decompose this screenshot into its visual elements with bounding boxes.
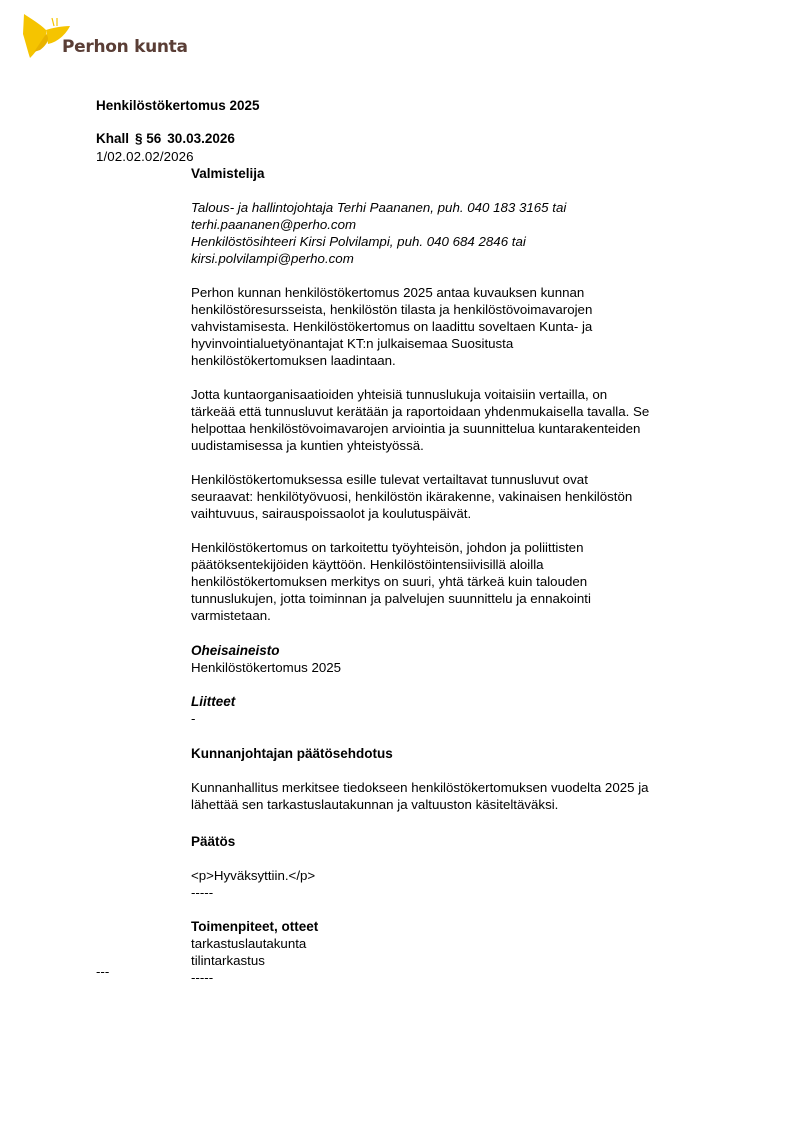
text-line: tunnuslukujen, jotta toiminnan ja palvel… (191, 590, 711, 607)
decision-value: <p>Hyväksyttiin.</p> (191, 867, 711, 884)
text-line: Kunnanhallitus merkitsee tiedokseen henk… (191, 779, 711, 796)
preparer-heading: Valmistelija (191, 165, 711, 182)
text-line: vahvistamisesta. Henkilöstökertomus on l… (191, 318, 711, 335)
paragraph-comparison: Jotta kuntaorganisaatioiden yhteisiä tun… (191, 386, 711, 454)
preparer-email-link[interactable]: terhi.paananen@perho.com (191, 216, 711, 233)
action-item: tilintarkastus (191, 952, 711, 969)
text-line: henkilöstöresursseista, henkilöstön tila… (191, 301, 711, 318)
proposal-text: Kunnanhallitus merkitsee tiedokseen henk… (191, 779, 711, 813)
document-title: Henkilöstökertomus 2025 (96, 97, 260, 114)
text-line: uudistamisessa ja kuntien yhteistyössä. (191, 437, 711, 454)
appendices-value: - (191, 710, 711, 727)
preparer-contacts: Talous- ja hallintojohtaja Terhi Paanane… (191, 199, 711, 267)
preparer-line: Talous- ja hallintojohtaja Terhi Paanane… (191, 199, 711, 216)
document-body: Valmistelija Talous- ja hallintojohtaja … (191, 165, 711, 986)
proposal-heading: Kunnanjohtajan päätösehdotus (191, 745, 711, 762)
logo-text: Perhon kunta (62, 39, 188, 56)
paragraph-intro: Perhon kunnan henkilöstökertomus 2025 an… (191, 284, 711, 369)
municipality-logo: Perhon kunta (20, 12, 190, 62)
actions-heading: Toimenpiteet, otteet (191, 918, 711, 935)
text-line: henkilöstökertomuksen laadintaan. (191, 352, 711, 369)
action-item: tarkastuslautakunta (191, 935, 711, 952)
decision-heading: Päätös (191, 833, 711, 850)
text-line: hyvinvointialuetyönantajat KT:n julkaise… (191, 335, 711, 352)
case-number: 1/02.02.02/2026 (96, 148, 194, 165)
preparer-email-link[interactable]: kirsi.polvilampi@perho.com (191, 250, 711, 267)
left-separator: --- (96, 963, 109, 980)
text-line: helpottaa henkilöstövoimavarojen arvioin… (191, 420, 711, 437)
text-line: varmistetaan. (191, 607, 711, 624)
actions-separator: ----- (191, 969, 711, 986)
text-line: seuraavat: henkilötyövuosi, henkilöstön … (191, 488, 711, 505)
text-line: Jotta kuntaorganisaatioiden yhteisiä tun… (191, 386, 711, 403)
decision-separator: ----- (191, 884, 711, 901)
text-line: Henkilöstökertomuksessa esille tulevat v… (191, 471, 711, 488)
attachments-info-heading: Oheisaineisto (191, 642, 711, 659)
text-line: henkilöstökertomuksen merkitys on suuri,… (191, 573, 711, 590)
text-line: vaihtuvuus, sairauspoissaolot ja koulutu… (191, 505, 711, 522)
preparer-line: Henkilöstösihteeri Kirsi Polvilampi, puh… (191, 233, 711, 250)
appendices-heading: Liitteet (191, 693, 711, 710)
text-line: päätöksentekijöiden käyttöön. Henkilöstö… (191, 556, 711, 573)
text-line: Perhon kunnan henkilöstökertomus 2025 an… (191, 284, 711, 301)
text-line: Henkilöstökertomus on tarkoitettu työyht… (191, 539, 711, 556)
meeting-info: Khall§ 5630.03.2026 (96, 130, 241, 147)
paragraph-purpose: Henkilöstökertomus on tarkoitettu työyht… (191, 539, 711, 624)
meeting-date: 30.03.2026 (167, 131, 235, 146)
attachments-info-link[interactable]: Henkilöstökertomus 2025 (191, 659, 711, 676)
text-line: lähettää sen tarkastuslautakunnan ja val… (191, 796, 711, 813)
meeting-body: Khall (96, 131, 129, 146)
text-line: tärkeää että tunnusluvut kerätään ja rap… (191, 403, 711, 420)
paragraph-indicators: Henkilöstökertomuksessa esille tulevat v… (191, 471, 711, 522)
meeting-section: § 56 (135, 131, 161, 146)
